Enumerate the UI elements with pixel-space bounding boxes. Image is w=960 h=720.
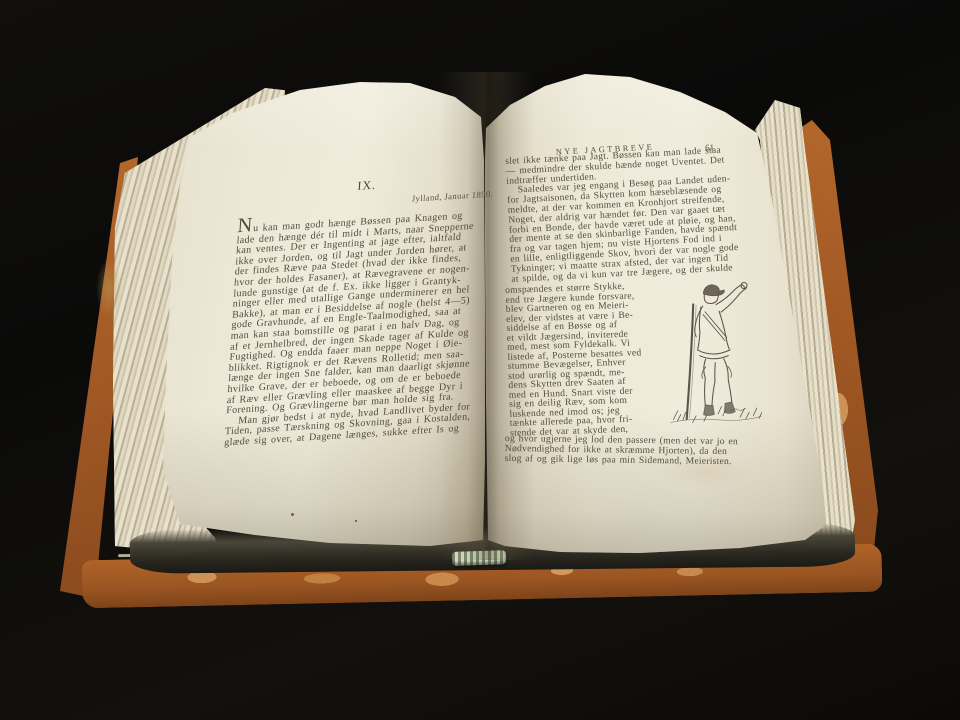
hunter-figure-drawing [661, 273, 766, 434]
photo-of-open-book: { "book": { "left_page": { "chapter_head… [0, 0, 960, 720]
left-page-paragraph: Nu kan man godt hænge Bøssen paa Knagen … [224, 204, 493, 449]
spine-headband [452, 550, 506, 566]
right-page-paragraph-bottom: og hvor ugjerne jeg lod den passere (men… [505, 434, 771, 468]
page-speck [291, 513, 294, 516]
hunter-illustration [661, 273, 766, 434]
page-edge-stain [96, 258, 122, 318]
right-page-paragraph-top: slet ikke tænke paa Jagt. Bøssen kan man… [505, 143, 769, 284]
right-page-paragraph-narrow: omspændes et større Stykke, end tre Jæge… [505, 281, 664, 438]
right-page-middle: omspændes et større Stykke, end tre Jæge… [505, 277, 770, 440]
left-page-text: IX. Jylland, Januar 1890. Nu kan man god… [224, 170, 495, 449]
page-speck [355, 520, 357, 522]
